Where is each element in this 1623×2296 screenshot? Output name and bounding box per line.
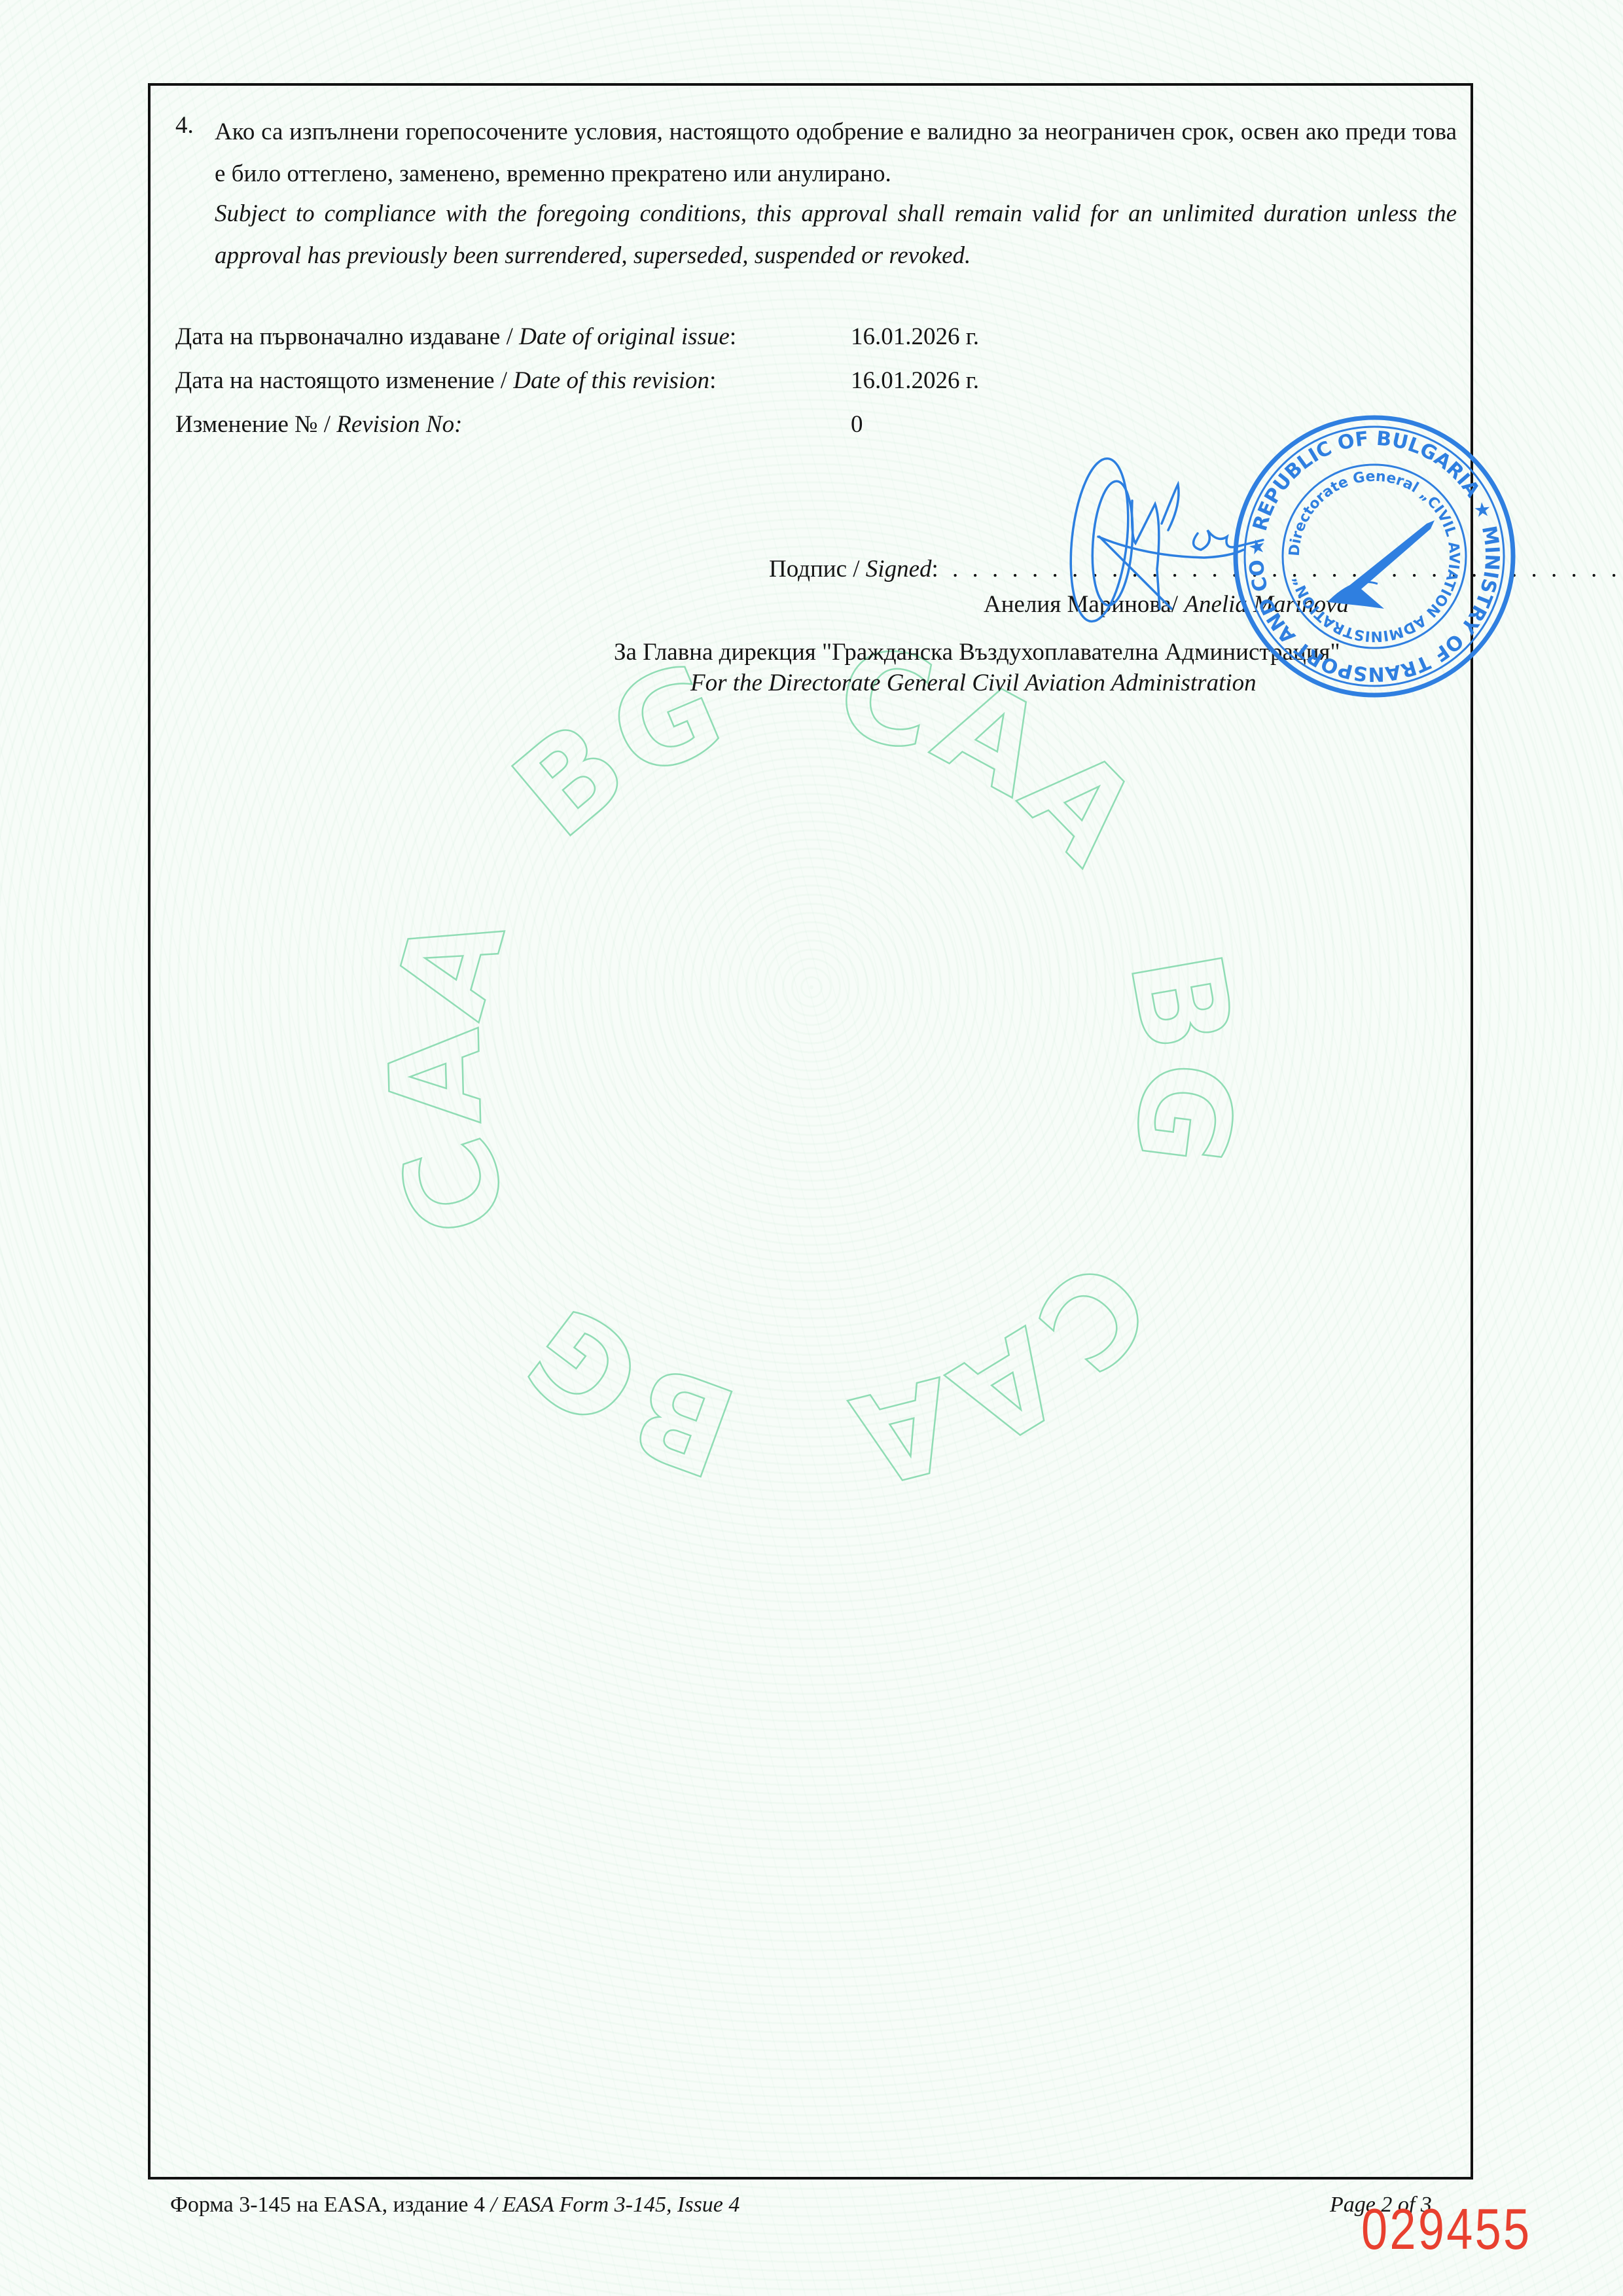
serial-number: 029455 [1361,2196,1531,2263]
date-revision-value: 16.01.2026 г. [851,367,979,395]
form-reference: Форма 3-145 на EASA, издание 4 / EASA Fo… [170,2193,740,2217]
revision-number-label: Изменение № / Revision No: [175,410,462,439]
date-revision-label: Дата на настоящото изменение / Date of t… [175,367,716,395]
svg-text:★ REPUBLIC OF BULGARIA ★ MINIS: ★ REPUBLIC OF BULGARIA ★ MINISTRY OF TRA… [1230,412,1503,685]
issuing-authority-en: For the Directorate General Civil Aviati… [690,669,1257,698]
document-frame [148,83,1473,2179]
svg-text:Directorate General „CIVIL AVI: Directorate General „CIVIL AVIATION ADMI… [1287,469,1462,645]
condition-en-text: Subject to compliance with the foregoing… [215,193,1457,277]
official-stamp: ★ REPUBLIC OF BULGARIA ★ MINISTRY OF TRA… [1230,412,1518,700]
date-original-issue-label: Дата на първоначално издаване / Date of … [175,323,736,351]
condition-bg-text: Ако са изпълнени горепосочените условия,… [215,111,1457,195]
date-original-issue-value: 16.01.2026 г. [851,323,979,351]
item-number: 4. [175,111,194,139]
revision-number-value: 0 [851,410,863,439]
